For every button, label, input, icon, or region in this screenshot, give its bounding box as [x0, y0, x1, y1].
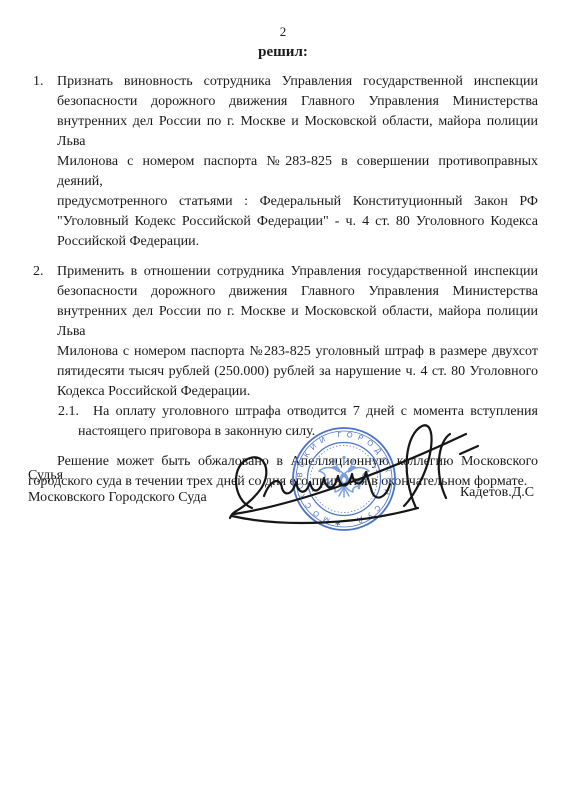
text-line: Российской Федерации. [57, 232, 538, 252]
item-text: Применить в отношении сотрудника Управле… [57, 262, 538, 402]
text-line: Кодекса Российской Федерации. [57, 382, 538, 402]
text-line: "Уголовный Кодекс Российской Федерации" … [57, 212, 538, 232]
text-line: Милонова с номером паспорта №283-825 в с… [57, 152, 538, 192]
text-line: Милонова с номером паспорта №283-825 уго… [57, 342, 538, 362]
text-line: предусмотренного статьями : Федеральный … [57, 192, 538, 212]
text-line: Применить в отношении сотрудника Управле… [57, 262, 538, 282]
text-line: безопасности дорожного движения Главного… [57, 92, 538, 112]
judge-title: Судья [28, 466, 63, 486]
item-number: 1. [28, 72, 57, 252]
item-text: Признать виновность сотрудника Управлени… [57, 72, 538, 252]
text-line: безопасности дорожного движения Главного… [57, 282, 538, 302]
page-number: 2 [28, 24, 538, 39]
text-line: внутренних дел России по г. Москве и Мос… [57, 302, 538, 342]
judge-court: Московского Городского Суда [28, 488, 207, 508]
list-item-1: 1. Признать виновность сотрудника Управл… [28, 72, 538, 252]
text-line: внутренних дел России по г. Москве и Мос… [57, 112, 538, 152]
text-line: пятидесяти тысяч рублей (250.000) рублей… [57, 362, 538, 382]
judge-name: Кадетов.Д.С [460, 483, 534, 503]
text-line: Признать виновность сотрудника Управлени… [57, 72, 538, 92]
document-page: 2 решил: 1. Признать виновность сотрудни… [0, 0, 566, 800]
signature-block: Судья Московского Городского Суда МОСКОВ… [0, 412, 566, 572]
list-item-2: 2. Применить в отношении сотрудника Упра… [28, 262, 538, 402]
item-number: 2. [28, 262, 57, 402]
section-heading: решил: [28, 42, 538, 62]
handwritten-signature-icon [220, 412, 490, 532]
